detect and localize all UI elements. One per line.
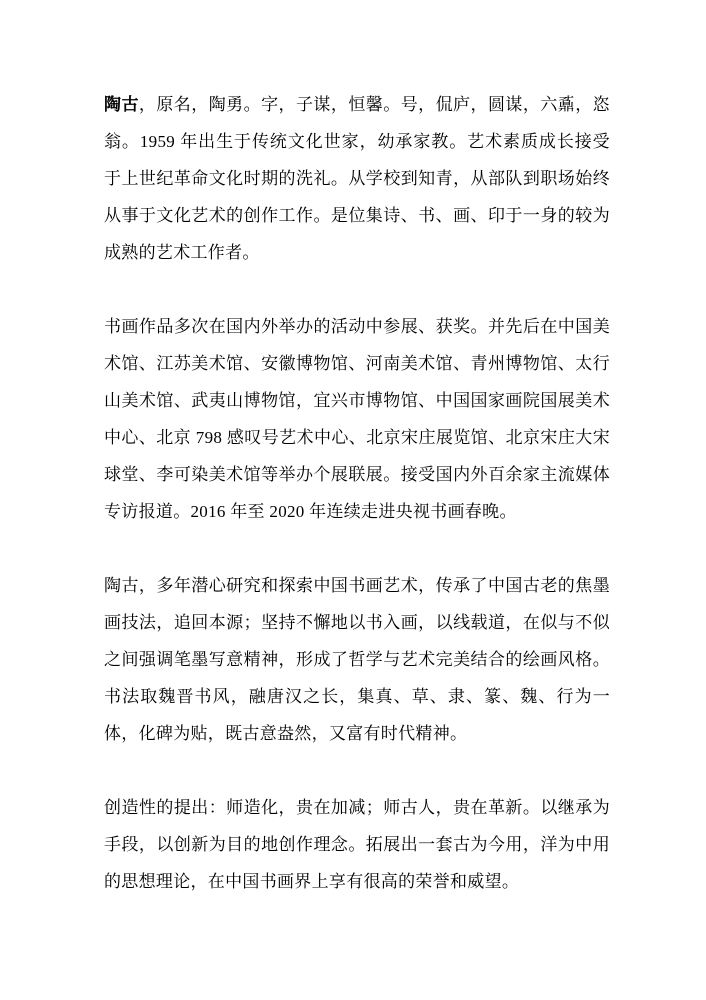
paragraph-art-style: 陶古，多年潜心研究和探索中国书画艺术，传承了中国古老的焦墨画技法，追回本源；坚持… (104, 567, 610, 752)
paragraph-exhibitions: 书画作品多次在国内外举办的活动中参展、获奖。并先后在中国美术馆、江苏美术馆、安徽… (104, 308, 610, 530)
paragraph-bio: 陶古，原名，陶勇。字，子谋，恒馨。号，侃庐，圆谋，六鼒，恣翁。1959 年出生于… (104, 86, 610, 271)
paragraph-philosophy: 创造性的提出：师造化，贵在加减；师古人，贵在革新。以继承为手段，以创新为目的地创… (104, 789, 610, 900)
artist-name: 陶古 (104, 95, 139, 114)
document-page: 陶古，原名，陶勇。字，子谋，恒馨。号，侃庐，圆谋，六鼒，恣翁。1959 年出生于… (0, 0, 706, 1000)
paragraph-bio-text: ，原名，陶勇。字，子谋，恒馨。号，侃庐，圆谋，六鼒，恣翁。1959 年出生于传统… (104, 95, 610, 262)
